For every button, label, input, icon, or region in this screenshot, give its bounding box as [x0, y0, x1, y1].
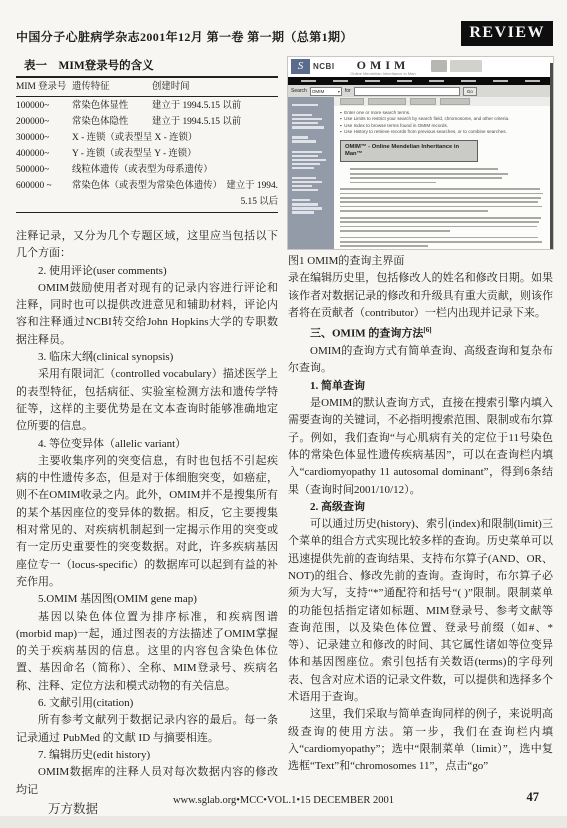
- text-line-placeholder: [350, 177, 502, 179]
- sidebar-link-placeholder: [292, 163, 320, 165]
- body-paragraph: 所有参考文献列于数据记录内容的最后。每一条记录通过 PubMed 的文献 ID …: [16, 712, 278, 747]
- nav-tab-placeholder: [525, 80, 540, 82]
- sidebar-link-placeholder: [292, 114, 312, 116]
- sidebar-link-placeholder: [292, 136, 308, 138]
- chevron-down-icon: ▾: [338, 89, 340, 94]
- sidebar-link-placeholder: [292, 189, 318, 191]
- figure-caption: 图1 OMIM的查询主界面: [288, 253, 553, 270]
- body-paragraph: 主要收集序列的突变信息，有时也包括不引起疾病的中性遗传多态，但是对于体细胞突变，…: [16, 453, 278, 591]
- clipboard-tab: [440, 98, 470, 105]
- preview-index-tab: [368, 98, 406, 105]
- sidebar-link-placeholder: [292, 203, 318, 205]
- ncbi-logo-icon: S: [291, 59, 310, 74]
- table-mim-codes: 表一 MIM登录号的含义 MIM 登录号 遗传特征 创建时间 100000~常染…: [16, 57, 278, 213]
- text-line-placeholder: [340, 210, 488, 212]
- body-paragraph: 采用有限词汇（controlled vocabulary）描述医学上的表型特征，…: [16, 366, 278, 435]
- text-line-placeholder: [340, 206, 542, 208]
- search-scope-select: OMIM▾: [310, 87, 342, 96]
- nav-tab-placeholder: [429, 80, 444, 82]
- journal-header: 中国分子心脏病学杂志2001年12月 第一卷 第一期（总第1期）: [16, 28, 353, 45]
- col-header-code: MIM 登录号: [16, 79, 72, 95]
- sidebar-link-placeholder: [292, 177, 316, 179]
- scan-edge: [0, 816, 567, 828]
- table-row: 300000~X - 连锁（或表型呈 X - 连锁）: [16, 130, 278, 146]
- history-tab: [410, 98, 436, 105]
- wanfang-watermark: 万方数据: [48, 799, 98, 817]
- window-edge: [550, 63, 553, 249]
- body-paragraph: OMIM的查询方式有简单查询、高级查询和复杂布尔查询。: [288, 343, 553, 378]
- text-line-placeholder: [340, 241, 542, 243]
- nav-tab-placeholder: [333, 80, 348, 82]
- text-line-placeholder: [340, 245, 428, 247]
- table-row: 400000~Y - 连锁（或表型呈 Y - 连锁）: [16, 146, 278, 162]
- table-row: 5.15 以后: [16, 194, 278, 210]
- text-line-placeholder: [350, 182, 436, 184]
- search-label: Search: [291, 88, 307, 94]
- table-caption: 表一 MIM登录号的含义: [24, 57, 278, 73]
- sidebar-link-placeholder: [292, 211, 314, 213]
- text-line-placeholder: [340, 188, 540, 190]
- table-row: 500000~线粒体遗传（或表型为母系遗传）: [16, 162, 278, 178]
- body-paragraph: OMIM鼓励使用者对现有的记录内容进行评论和注释，同时也可以提供改进意见和辅助材…: [16, 280, 278, 349]
- search-input: [354, 87, 460, 96]
- body-paragraph: 2. 使用评论(user comments): [16, 263, 278, 280]
- section-heading: 2. 高级查询: [288, 499, 553, 516]
- section-heading: 三、OMIM 的查询方法[6]: [288, 322, 553, 343]
- body-paragraph: 这里，我们采取与简单查询同样的例子，来说明高级查询的使用方法。第一步，我们在查询…: [288, 706, 553, 775]
- omim-main-area: ▪Enter one or more search terms.▪Use Lim…: [334, 106, 550, 249]
- toolbar-row: [334, 97, 553, 106]
- text-line-placeholder: [350, 173, 508, 175]
- body-paragraph: OMIM数据库的注释人员对每次数据内容的修改均记: [16, 764, 278, 799]
- body-paragraph: 录在编辑历史里，包括修改人的姓名和修改日期。如果该作者对数据记录的修改和升级具有…: [288, 270, 553, 322]
- journal-page: 中国分子心脏病学杂志2001年12月 第一卷 第一期（总第1期） REVIEW …: [0, 0, 567, 828]
- sidebar-link-placeholder: [292, 159, 326, 161]
- go-button: Go: [463, 87, 477, 96]
- sidebar-link-placeholder: [292, 207, 322, 209]
- text-line-placeholder: [340, 221, 539, 223]
- section-heading: 1. 简单查询: [288, 378, 553, 395]
- search-bar: Search OMIM▾ for Go: [288, 85, 553, 97]
- body-paragraph: 3. 临床大纲(clinical synopsis): [16, 349, 278, 366]
- body-paragraph: 注释记录，又分为几个专题区域，这里应当包括以下几个方面：: [16, 228, 278, 263]
- right-column: S NCBI OMIM Online Mendelian Inheritance…: [288, 57, 553, 776]
- sidebar-link-placeholder: [292, 122, 318, 124]
- nav-tab-placeholder: [301, 80, 316, 82]
- nav-tab-placeholder: [493, 80, 508, 82]
- body-paragraph: 4. 等位变异体（allelic variant）: [16, 436, 278, 453]
- body-paragraph: 可以通过历史(history)、索引(index)和限制(limit)三个菜单的…: [288, 516, 553, 706]
- nav-tab-placeholder: [365, 80, 380, 82]
- sidebar-link-placeholder: [292, 140, 316, 142]
- instruction-bullet: ▪Use History to retrieve records from pr…: [340, 129, 546, 135]
- text-line-placeholder: [340, 237, 538, 239]
- text-line-placeholder: [350, 168, 498, 170]
- left-column: 注释记录，又分为几个专题区域，这里应当包括以下几个方面：2. 使用评论(user…: [16, 228, 278, 799]
- limits-tab: [340, 98, 364, 105]
- col-header-trait: 遗传特征: [72, 79, 152, 95]
- omim-heading-box: OMIM™ - Online Mendelian Inheritance in …: [340, 140, 478, 163]
- nih-logo: [431, 60, 447, 72]
- page-number: 47: [527, 790, 540, 805]
- sidebar-link-placeholder: [292, 118, 322, 120]
- nav-tab-placeholder: [397, 80, 412, 82]
- table-row: 100000~常染色体显性建立于 1994.5.15 以前: [16, 98, 278, 114]
- sidebar-link-placeholder: [292, 155, 318, 157]
- body-paragraph: 7. 编辑历史(edit history): [16, 747, 278, 764]
- sidebar-link-placeholder: [292, 185, 312, 187]
- sidebar-link-placeholder: [292, 181, 322, 183]
- review-badge: REVIEW: [461, 21, 553, 46]
- for-label: for: [345, 88, 351, 94]
- table-row: 600000 ~常染色体（或表型为常染色体遗传）建立于 1994.: [16, 178, 278, 194]
- sidebar-link-placeholder: [292, 104, 318, 106]
- text-line-placeholder: [340, 197, 541, 199]
- omim-site-header: S NCBI OMIM Online Mendelian Inheritance…: [288, 57, 553, 77]
- nav-tab-placeholder: [461, 80, 476, 82]
- sidebar-link-placeholder: [292, 167, 314, 169]
- body-paragraph: 6. 文献引用(citation): [16, 695, 278, 712]
- body-paragraph: 是OMIM的默认查询方式，直接在搜索引擎内填入需要查询的关键词，不必指明搜索范围…: [288, 395, 553, 499]
- text-line-placeholder: [340, 193, 543, 195]
- body-paragraph: 基因以染色体位置为排序标准，和疾病图谱(morbid map)一起，通过图表的方…: [16, 609, 278, 695]
- sidebar-link-placeholder: [292, 126, 324, 128]
- body-text-placeholder: [340, 168, 546, 247]
- omim-screenshot-figure: S NCBI OMIM Online Mendelian Inheritance…: [288, 57, 553, 249]
- sidebar-link-placeholder: [292, 199, 310, 201]
- text-line-placeholder: [340, 230, 450, 232]
- nlm-logo: [450, 60, 482, 72]
- col-header-created: 创建时间: [152, 79, 278, 95]
- omim-sidebar: [288, 97, 334, 249]
- body-paragraph: 5.OMIM 基因图(OMIM gene map): [16, 591, 278, 608]
- text-line-placeholder: [340, 217, 541, 219]
- entrez-nav-bar: [288, 77, 553, 85]
- table-row: 200000~常染色体隐性建立于 1994.5.15 以前: [16, 114, 278, 130]
- text-line-placeholder: [340, 226, 537, 228]
- sidebar-link-placeholder: [292, 151, 322, 153]
- bullet-icon: ▪: [340, 129, 342, 135]
- table-header-row: MIM 登录号 遗传特征 创建时间: [16, 76, 278, 97]
- text-line-placeholder: [340, 201, 538, 203]
